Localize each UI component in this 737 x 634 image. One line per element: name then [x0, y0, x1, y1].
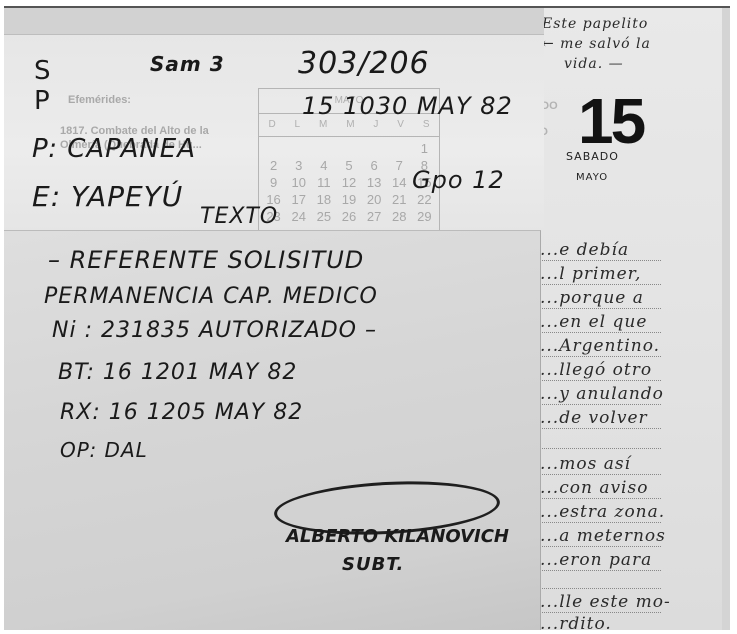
- diary-line: ...eron para: [540, 550, 652, 570]
- diary-line: ...con aviso: [540, 478, 648, 498]
- diary-line: ...e debía: [540, 240, 629, 260]
- signature-rank: SUBT.: [342, 554, 404, 575]
- calendar-day: 2: [261, 158, 286, 173]
- calendar-day: 12: [336, 175, 361, 190]
- photo-frame: Este papelito ← me salvó la vida. — SABA…: [4, 6, 730, 630]
- calendar-day: 13: [362, 175, 387, 190]
- calendar-day: [362, 141, 387, 156]
- month-label: MAYO: [576, 172, 608, 183]
- serial: Sam 3: [150, 52, 225, 76]
- calendar-day: 11: [311, 175, 336, 190]
- calendar-day: 22: [412, 192, 437, 207]
- page-edge: [722, 8, 730, 630]
- diary-line: ...Argentino.: [540, 336, 660, 356]
- text-label: TEXTO: [200, 204, 278, 229]
- calendar-day: 26: [336, 209, 361, 224]
- annotation-line-2: ← me salvó la: [542, 36, 651, 52]
- message-line-1: – REFERENTE SOLISITUD: [48, 246, 364, 274]
- calendar-day: 25: [311, 209, 336, 224]
- efemerides-label: Efemérides:: [68, 94, 131, 106]
- diary-line: ...de volver: [540, 408, 648, 428]
- calendar-day: 9: [261, 175, 286, 190]
- calendar-day: 18: [311, 192, 336, 207]
- annotation-line-3: vida. —: [564, 56, 624, 72]
- leaf-torn-edge: [4, 8, 544, 35]
- diary-line: ...l primer,: [540, 264, 641, 284]
- annotation-line-1: Este papelito: [542, 16, 648, 32]
- calendar-day: 1: [412, 141, 437, 156]
- calendar-day: 29: [412, 209, 437, 224]
- calendar-day: 3: [286, 158, 311, 173]
- calendar-day: 27: [362, 209, 387, 224]
- calendar-day: 24: [286, 209, 311, 224]
- diary-line: ...porque a: [540, 288, 644, 308]
- diary-line: ...estra zona.: [540, 502, 665, 522]
- calendar-day: [387, 141, 412, 156]
- calendar-day: [261, 141, 286, 156]
- from-station: P: CAPANEA: [32, 134, 196, 164]
- calendar-day: [286, 141, 311, 156]
- message-line-4: BT: 16 1201 MAY 82: [58, 360, 297, 385]
- group-count: Gpo 12: [412, 166, 505, 194]
- precedence-p: P: [34, 86, 51, 116]
- message-line-6: OP: DAL: [60, 438, 148, 462]
- precedence-s: S: [34, 56, 52, 86]
- message-line-2: PERMANENCIA CAP. MEDICO: [44, 284, 378, 309]
- calendar-day: 7: [387, 158, 412, 173]
- diary-line: ...y anulando: [540, 384, 664, 404]
- diary-line: ...lle este mo-: [540, 592, 671, 612]
- calendar-day: 28: [387, 209, 412, 224]
- calendar-day: 20: [362, 192, 387, 207]
- diary-line: ...mos así: [540, 454, 631, 474]
- message-line-3: Ni : 231835 AUTORIZADO –: [52, 318, 377, 343]
- calendar-day: 21: [387, 192, 412, 207]
- diary-line: ...rdito.: [540, 614, 612, 630]
- diary-line: ...a meternos: [540, 526, 666, 546]
- message-line-5: RX: 16 1205 MAY 82: [60, 400, 303, 425]
- calendar-day: 19: [336, 192, 361, 207]
- calendar-day: 6: [362, 158, 387, 173]
- weekday: L: [295, 114, 301, 136]
- calendar-day: 5: [336, 158, 361, 173]
- big-date-number: 15: [578, 84, 643, 158]
- date-time-group: 15 1030 MAY 82: [302, 92, 513, 120]
- calendar-day: 10: [286, 175, 311, 190]
- message-number: 303/206: [298, 46, 430, 81]
- to-station: E: YAPEYÚ: [32, 180, 183, 213]
- signature-name: ALBERTO KILANOVICH: [286, 526, 509, 547]
- calendar-day: [311, 141, 336, 156]
- calendar-day: 4: [311, 158, 336, 173]
- weekday: D: [268, 114, 275, 136]
- calendar-day: 14: [387, 175, 412, 190]
- diary-line: ...llegó otro: [540, 360, 652, 380]
- calendar-day: 17: [286, 192, 311, 207]
- calendar-day: [336, 141, 361, 156]
- diary-line: ...en el que: [540, 312, 647, 332]
